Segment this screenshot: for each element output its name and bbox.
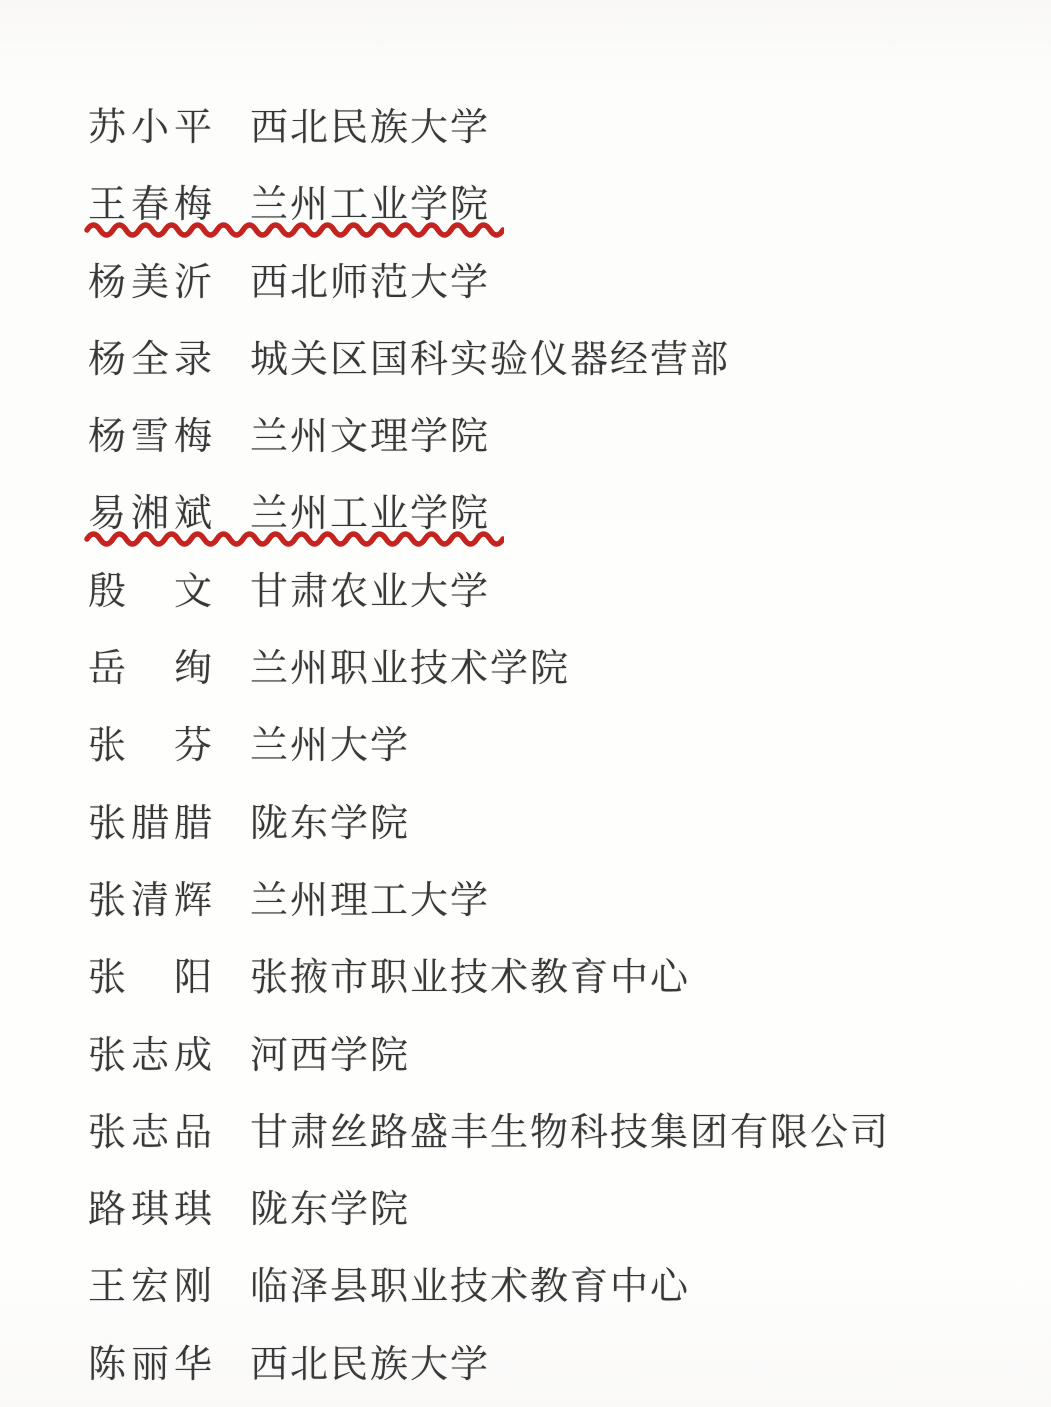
list-item: 张 阳 张掖市职业技术教育中心 [0,940,1051,1017]
list-item: 王春梅 兰州工业学院 [0,167,1051,244]
person-name: 路琪琪 [88,1172,217,1249]
person-name: 张 芬 [88,708,217,785]
list-item: 张腊腊 陇东学院 [0,786,1051,863]
list-item: 张 芬 兰州大学 [0,708,1051,785]
organization-name: 张掖市职业技术教育中心 [250,940,690,1017]
list-item: 杨美沂 西北师范大学 [0,245,1051,322]
person-name: 王宏刚 [88,1249,217,1326]
list-item: 杨雪梅 兰州文理学院 [0,399,1051,476]
list-item: 陈丽华 西北民族大学 [0,1327,1051,1404]
person-name: 陈丽华 [88,1327,217,1404]
organization-name: 甘肃丝路盛丰生物科技集团有限公司 [250,1095,890,1172]
person-name: 张 阳 [88,940,217,1017]
list-item: 岳 绚 兰州职业技术学院 [0,631,1051,708]
list-item: 苏小平 西北民族大学 [0,90,1051,167]
person-name: 岳 绚 [88,631,217,708]
list-item: 易湘斌 兰州工业学院 [0,476,1051,553]
organization-name: 陇东学院 [250,786,410,863]
organization-name: 城关区国科实验仪器经营部 [250,322,730,399]
organization-name: 兰州文理学院 [250,399,490,476]
person-name: 杨美沂 [88,245,217,322]
red-wavy-underline-icon [84,527,504,551]
person-name: 殷 文 [88,554,217,631]
person-name: 张腊腊 [88,786,217,863]
person-name: 张清辉 [88,863,217,940]
organization-name: 西北民族大学 [250,90,490,167]
list-item: 杨全录 城关区国科实验仪器经营部 [0,322,1051,399]
list-item: 张志成 河西学院 [0,1018,1051,1095]
document-page: 苏小平 西北民族大学 王春梅 兰州工业学院 杨美沂 西北师范大学 杨全录 城关区… [0,0,1051,1407]
person-name: 张志品 [88,1095,217,1172]
person-name: 杨雪梅 [88,399,217,476]
organization-name: 兰州大学 [250,708,410,785]
person-name: 张志成 [88,1018,217,1095]
person-name: 杨全录 [88,322,217,399]
list-item: 张志品 甘肃丝路盛丰生物科技集团有限公司 [0,1095,1051,1172]
list-item: 王宏刚 临泽县职业技术教育中心 [0,1249,1051,1326]
organization-name: 陇东学院 [250,1172,410,1249]
organization-name: 西北民族大学 [250,1327,490,1404]
name-list: 苏小平 西北民族大学 王春梅 兰州工业学院 杨美沂 西北师范大学 杨全录 城关区… [0,90,1051,1404]
list-item: 殷 文 甘肃农业大学 [0,554,1051,631]
person-name: 苏小平 [88,90,217,167]
organization-name: 临泽县职业技术教育中心 [250,1249,690,1326]
red-wavy-underline-icon [84,218,504,242]
organization-name: 河西学院 [250,1018,410,1095]
organization-name: 西北师范大学 [250,245,490,322]
list-item: 路琪琪 陇东学院 [0,1172,1051,1249]
organization-name: 兰州职业技术学院 [250,631,570,708]
list-item: 张清辉 兰州理工大学 [0,863,1051,940]
organization-name: 兰州理工大学 [250,863,490,940]
organization-name: 甘肃农业大学 [250,554,490,631]
